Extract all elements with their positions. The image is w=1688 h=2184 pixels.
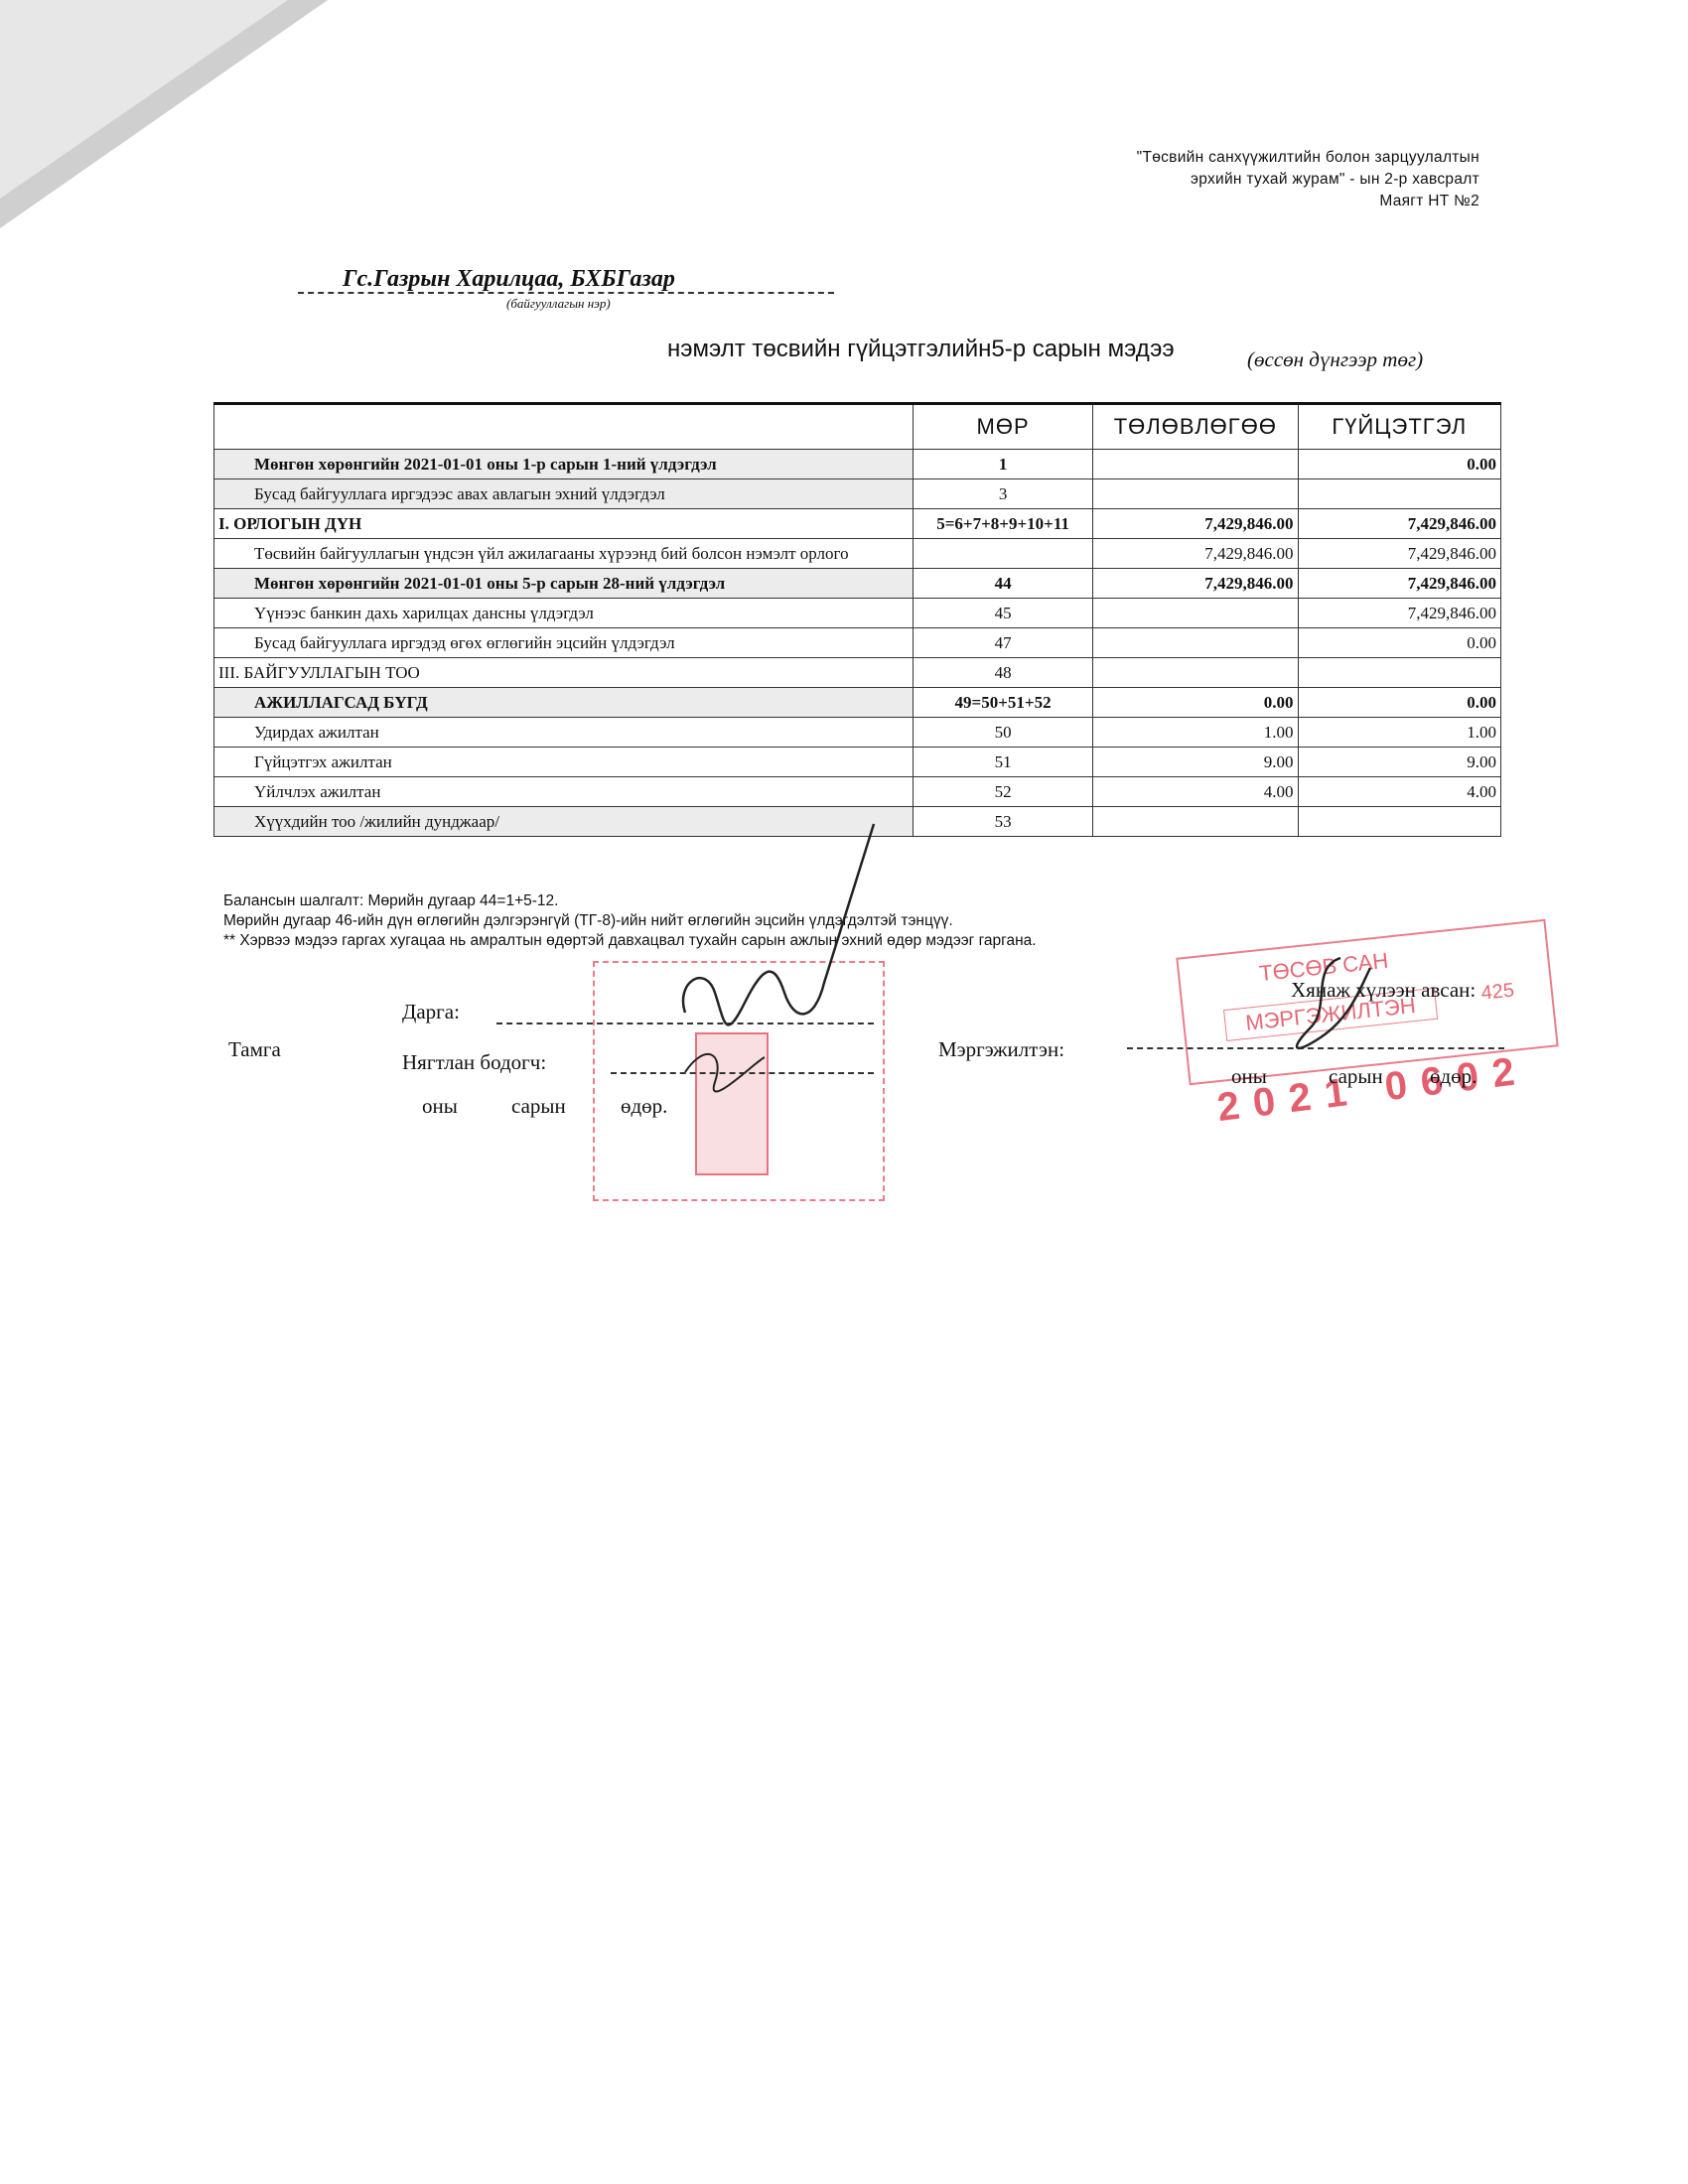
table-row: Үүнээс банкин дахь харилцах дансны үлдэг… [214,599,1501,628]
row-label: III. БАЙГУУЛЛАГЫН ТОО [214,658,914,688]
row-number: 44 [914,569,1093,599]
table-row: Удирдах ажилтан501.001.00 [214,718,1501,748]
row-performance: 1.00 [1298,718,1500,748]
table-row: Төсвийн байгууллагын үндсэн үйл ажилагаа… [214,539,1501,569]
row-plan [1093,599,1298,628]
form-reference: "Төсвийн санхүүжилтийн болон зарцуулалты… [1137,147,1479,212]
date-left-month: сарын [511,1094,566,1119]
row-number [914,539,1093,569]
table-row: Бусад байгууллага иргэдээс авах авлагын … [214,479,1501,509]
notes: Балансын шалгалт: Мөрийн дугаар 44=1+5-1… [223,891,1037,951]
row-plan: 7,429,846.00 [1093,569,1298,599]
row-label: Үйлчлэх ажилтан [214,777,914,807]
table-header: МӨР ТӨЛӨВЛӨГӨӨ ГҮЙЦЭТГЭЛ [214,404,1501,450]
table-row: Бусад байгууллага иргэдэд өгөх өглөгийн … [214,628,1501,658]
director-signature [665,814,894,1112]
stamp-number: 425 [1480,980,1516,1006]
row-plan: 4.00 [1093,777,1298,807]
row-number: 1 [914,450,1093,479]
row-performance [1298,479,1500,509]
organization-name: Гс.Газрын Харилцаа, БХБГазар [343,266,675,293]
table-body: Мөнгөн хөрөнгийн 2021-01-01 оны 1-р сары… [214,450,1501,837]
row-number: 50 [914,718,1093,748]
row-number: 5=6+7+8+9+10+11 [914,509,1093,539]
table-row: III. БАЙГУУЛЛАГЫН ТОО48 [214,658,1501,688]
col-performance: ГҮЙЦЭТГЭЛ [1298,404,1500,450]
row-performance: 4.00 [1298,777,1500,807]
row-label: Төсвийн байгууллагын үндсэн үйл ажилагаа… [214,539,914,569]
row-plan [1093,658,1298,688]
row-number: 48 [914,658,1093,688]
row-performance: 7,429,846.00 [1298,509,1500,539]
director-label: Дарга: [402,1000,460,1024]
reference-line: "Төсвийн санхүүжилтийн болон зарцуулалты… [1137,147,1479,169]
row-label: Мөнгөн хөрөнгийн 2021-01-01 оны 1-р сары… [214,450,914,479]
row-performance: 7,429,846.00 [1298,539,1500,569]
row-performance: 7,429,846.00 [1298,599,1500,628]
row-number: 3 [914,479,1093,509]
date-right-year: оны [1231,1064,1267,1089]
reference-line: эрхийн тухай журам" - ын 2-р хавсралт [1137,169,1479,191]
row-label: Удирдах ажилтан [214,718,914,748]
date-right-month: сарын [1329,1064,1383,1089]
specialist-signature [1271,948,1390,1067]
row-performance: 7,429,846.00 [1298,569,1500,599]
row-label: Үүнээс банкин дахь харилцах дансны үлдэг… [214,599,914,628]
date-left-day: өдөр. [621,1094,667,1119]
table-row: I. ОРЛОГЫН ДҮН5=6+7+8+9+10+117,429,846.0… [214,509,1501,539]
table-row: Үйлчлэх ажилтан524.004.00 [214,777,1501,807]
row-performance: 0.00 [1298,628,1500,658]
reference-line: Маягт НТ №2 [1137,191,1479,212]
col-label [214,404,914,450]
page-fold [0,0,288,199]
row-label: Гүйцэтгэх ажилтан [214,748,914,777]
row-number: 51 [914,748,1093,777]
note: Мөрийн дугаар 46-ийн дүн өглөгийн дэлгэр… [223,911,1037,931]
col-plan: ТӨЛӨВЛӨГӨӨ [1093,404,1298,450]
row-plan: 7,429,846.00 [1093,539,1298,569]
row-plan [1093,450,1298,479]
row-plan [1093,807,1298,837]
row-number: 47 [914,628,1093,658]
row-number: 49=50+51+52 [914,688,1093,718]
report-title: нэмэлт төсвийн гүйцэтгэлийн5-р сарын мэд… [667,336,1175,363]
row-performance [1298,658,1500,688]
specialist-label: Мэргэжилтэн: [938,1037,1064,1062]
accountant-label: Нягтлан бодогч: [402,1050,546,1075]
row-label: Бусад байгууллага иргэдэд өгөх өглөгийн … [214,628,914,658]
row-performance: 0.00 [1298,450,1500,479]
table-row: Мөнгөн хөрөнгийн 2021-01-01 оны 5-р сары… [214,569,1501,599]
date-left-year: оны [422,1094,458,1119]
table-row: АЖИЛЛАГСАД БҮГД49=50+51+520.000.00 [214,688,1501,718]
row-performance: 9.00 [1298,748,1500,777]
row-number: 52 [914,777,1093,807]
row-number: 53 [914,807,1093,837]
row-plan: 9.00 [1093,748,1298,777]
row-label: Мөнгөн хөрөнгийн 2021-01-01 оны 5-р сары… [214,569,914,599]
note: ** Хэрвээ мэдээ гаргах хугацаа нь амралт… [223,931,1037,951]
row-plan: 7,429,846.00 [1093,509,1298,539]
row-label: Бусад байгууллага иргэдээс авах авлагын … [214,479,914,509]
table-row: Гүйцэтгэх ажилтан519.009.00 [214,748,1501,777]
row-plan: 1.00 [1093,718,1298,748]
date-right-day: өдөр. [1430,1064,1477,1089]
organization-hint: (байгууллагын нэр) [506,296,611,312]
stamp-label: Тамга [228,1037,281,1062]
col-row: МӨР [914,404,1093,450]
row-plan [1093,479,1298,509]
report-table: МӨР ТӨЛӨВЛӨГӨӨ ГҮЙЦЭТГЭЛ Мөнгөн хөрөнгий… [213,402,1501,837]
row-performance: 0.00 [1298,688,1500,718]
row-number: 45 [914,599,1093,628]
row-label: АЖИЛЛАГСАД БҮГД [214,688,914,718]
row-performance [1298,807,1500,837]
row-plan: 0.00 [1093,688,1298,718]
table-row: Мөнгөн хөрөнгийн 2021-01-01 оны 1-р сары… [214,450,1501,479]
row-plan [1093,628,1298,658]
report-unit: (өссөн дүнгээр төг) [1247,347,1423,372]
note: Балансын шалгалт: Мөрийн дугаар 44=1+5-1… [223,891,1037,911]
row-label: I. ОРЛОГЫН ДҮН [214,509,914,539]
